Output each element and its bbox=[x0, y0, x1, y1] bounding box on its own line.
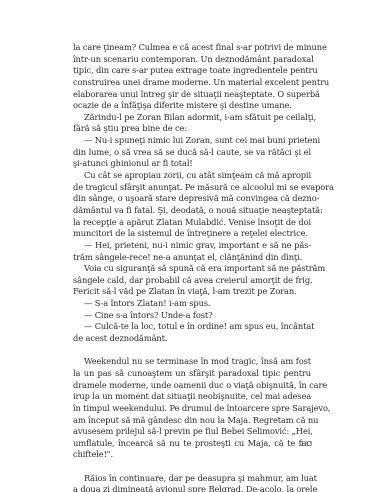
book-page-text: la care ţineam? Culmea e că acest final … bbox=[73, 42, 311, 492]
text-line: de tragicul sfârşit anunţat. Pe măsură c… bbox=[73, 182, 311, 194]
text-line: ocazie de a înfăţişa diferite mistere şi… bbox=[73, 100, 311, 112]
paragraph-gap bbox=[73, 461, 311, 473]
text-line: tipic, din care s-ar putea extrage toate… bbox=[73, 65, 311, 77]
text-line: din sânge, o uşoară stare depresivă mă c… bbox=[73, 193, 311, 205]
text-line: într-un scenariu contemporan. Un deznodă… bbox=[73, 54, 311, 66]
text-line: — Cine s-a întors? Unde-a fost? bbox=[73, 310, 311, 322]
text-line: Răios în continuare, dar pe deasupra şi … bbox=[73, 473, 311, 485]
text-line: dământul va fi fatal. Şi, deodată, o nou… bbox=[73, 205, 311, 217]
text-line: am început să mă gândesc din nou la Maja… bbox=[73, 415, 311, 427]
paragraph-gap bbox=[73, 345, 311, 357]
text-line: Cu cât se apropiau zorii, cu atât simţea… bbox=[73, 170, 311, 182]
text-line: şi-atunci ghinionul ar fi total! bbox=[73, 158, 311, 170]
text-line: în timpul weekendului. Pe drumul de înto… bbox=[73, 403, 311, 415]
text-line: chiftele!". bbox=[73, 449, 311, 461]
text-line: — Culcă-te la loc, totul e în ordine! am… bbox=[73, 321, 311, 333]
text-line: Weekendul nu se terminase în mod tragic,… bbox=[73, 356, 311, 368]
text-line: sângele cald, dar probabil că avea creie… bbox=[73, 275, 311, 287]
text-line: — S-a întors Zlatan! i-am spus. bbox=[73, 298, 311, 310]
text-line: irup la un moment dat situaţii neobişnui… bbox=[73, 391, 311, 403]
text-line: Zărindu-l pe Zoran Bilan adormit, i-am s… bbox=[73, 112, 311, 124]
text-line: elaborarea unui întreg şir de situaţii n… bbox=[73, 89, 311, 101]
text-line: Fericit să-l văd pe Zlatan în viaţă, l-a… bbox=[73, 286, 311, 298]
page-number: 133 bbox=[300, 440, 312, 448]
text-line: la care ţineam? Culmea e că acest final … bbox=[73, 42, 311, 54]
text-line: fără să ştiu prea bine de ce: bbox=[73, 123, 311, 135]
text-line: — Hei, prieteni, nu-i nimic grav, import… bbox=[73, 240, 311, 252]
text-line: — Nu-i spuneţi nimic lui Zoran, sunt cei… bbox=[73, 135, 311, 147]
text-line: trăm sângele-rece! ne-a anunţat el, clăn… bbox=[73, 252, 311, 264]
text-line: muncitori de la sistemul de întreţinere … bbox=[73, 228, 311, 240]
text-line: avusesem prilejul să-l previn pe fiul Be… bbox=[73, 426, 311, 438]
text-line: umflatule, încearcă să nu te prosteşti c… bbox=[73, 438, 311, 450]
text-line: de acest deznodământ. bbox=[73, 333, 311, 345]
text-line: Voia cu siguranţă să spună că era import… bbox=[73, 263, 311, 275]
text-line: din lume, o să vrea să se ducă să-l caut… bbox=[73, 147, 311, 159]
text-line: construirea unei drame moderne. Un mater… bbox=[73, 77, 311, 89]
text-line: la un pas să cunoaştem un sfârşit parado… bbox=[73, 368, 311, 380]
text-line: la recepţie a apărut Zlatan Mulabdić. Ve… bbox=[73, 217, 311, 229]
text-line: a doua zi dimineaţă avionul spre Belgrad… bbox=[73, 484, 311, 492]
text-line: dramele moderne, unde oamenii duc o viaţ… bbox=[73, 380, 311, 392]
